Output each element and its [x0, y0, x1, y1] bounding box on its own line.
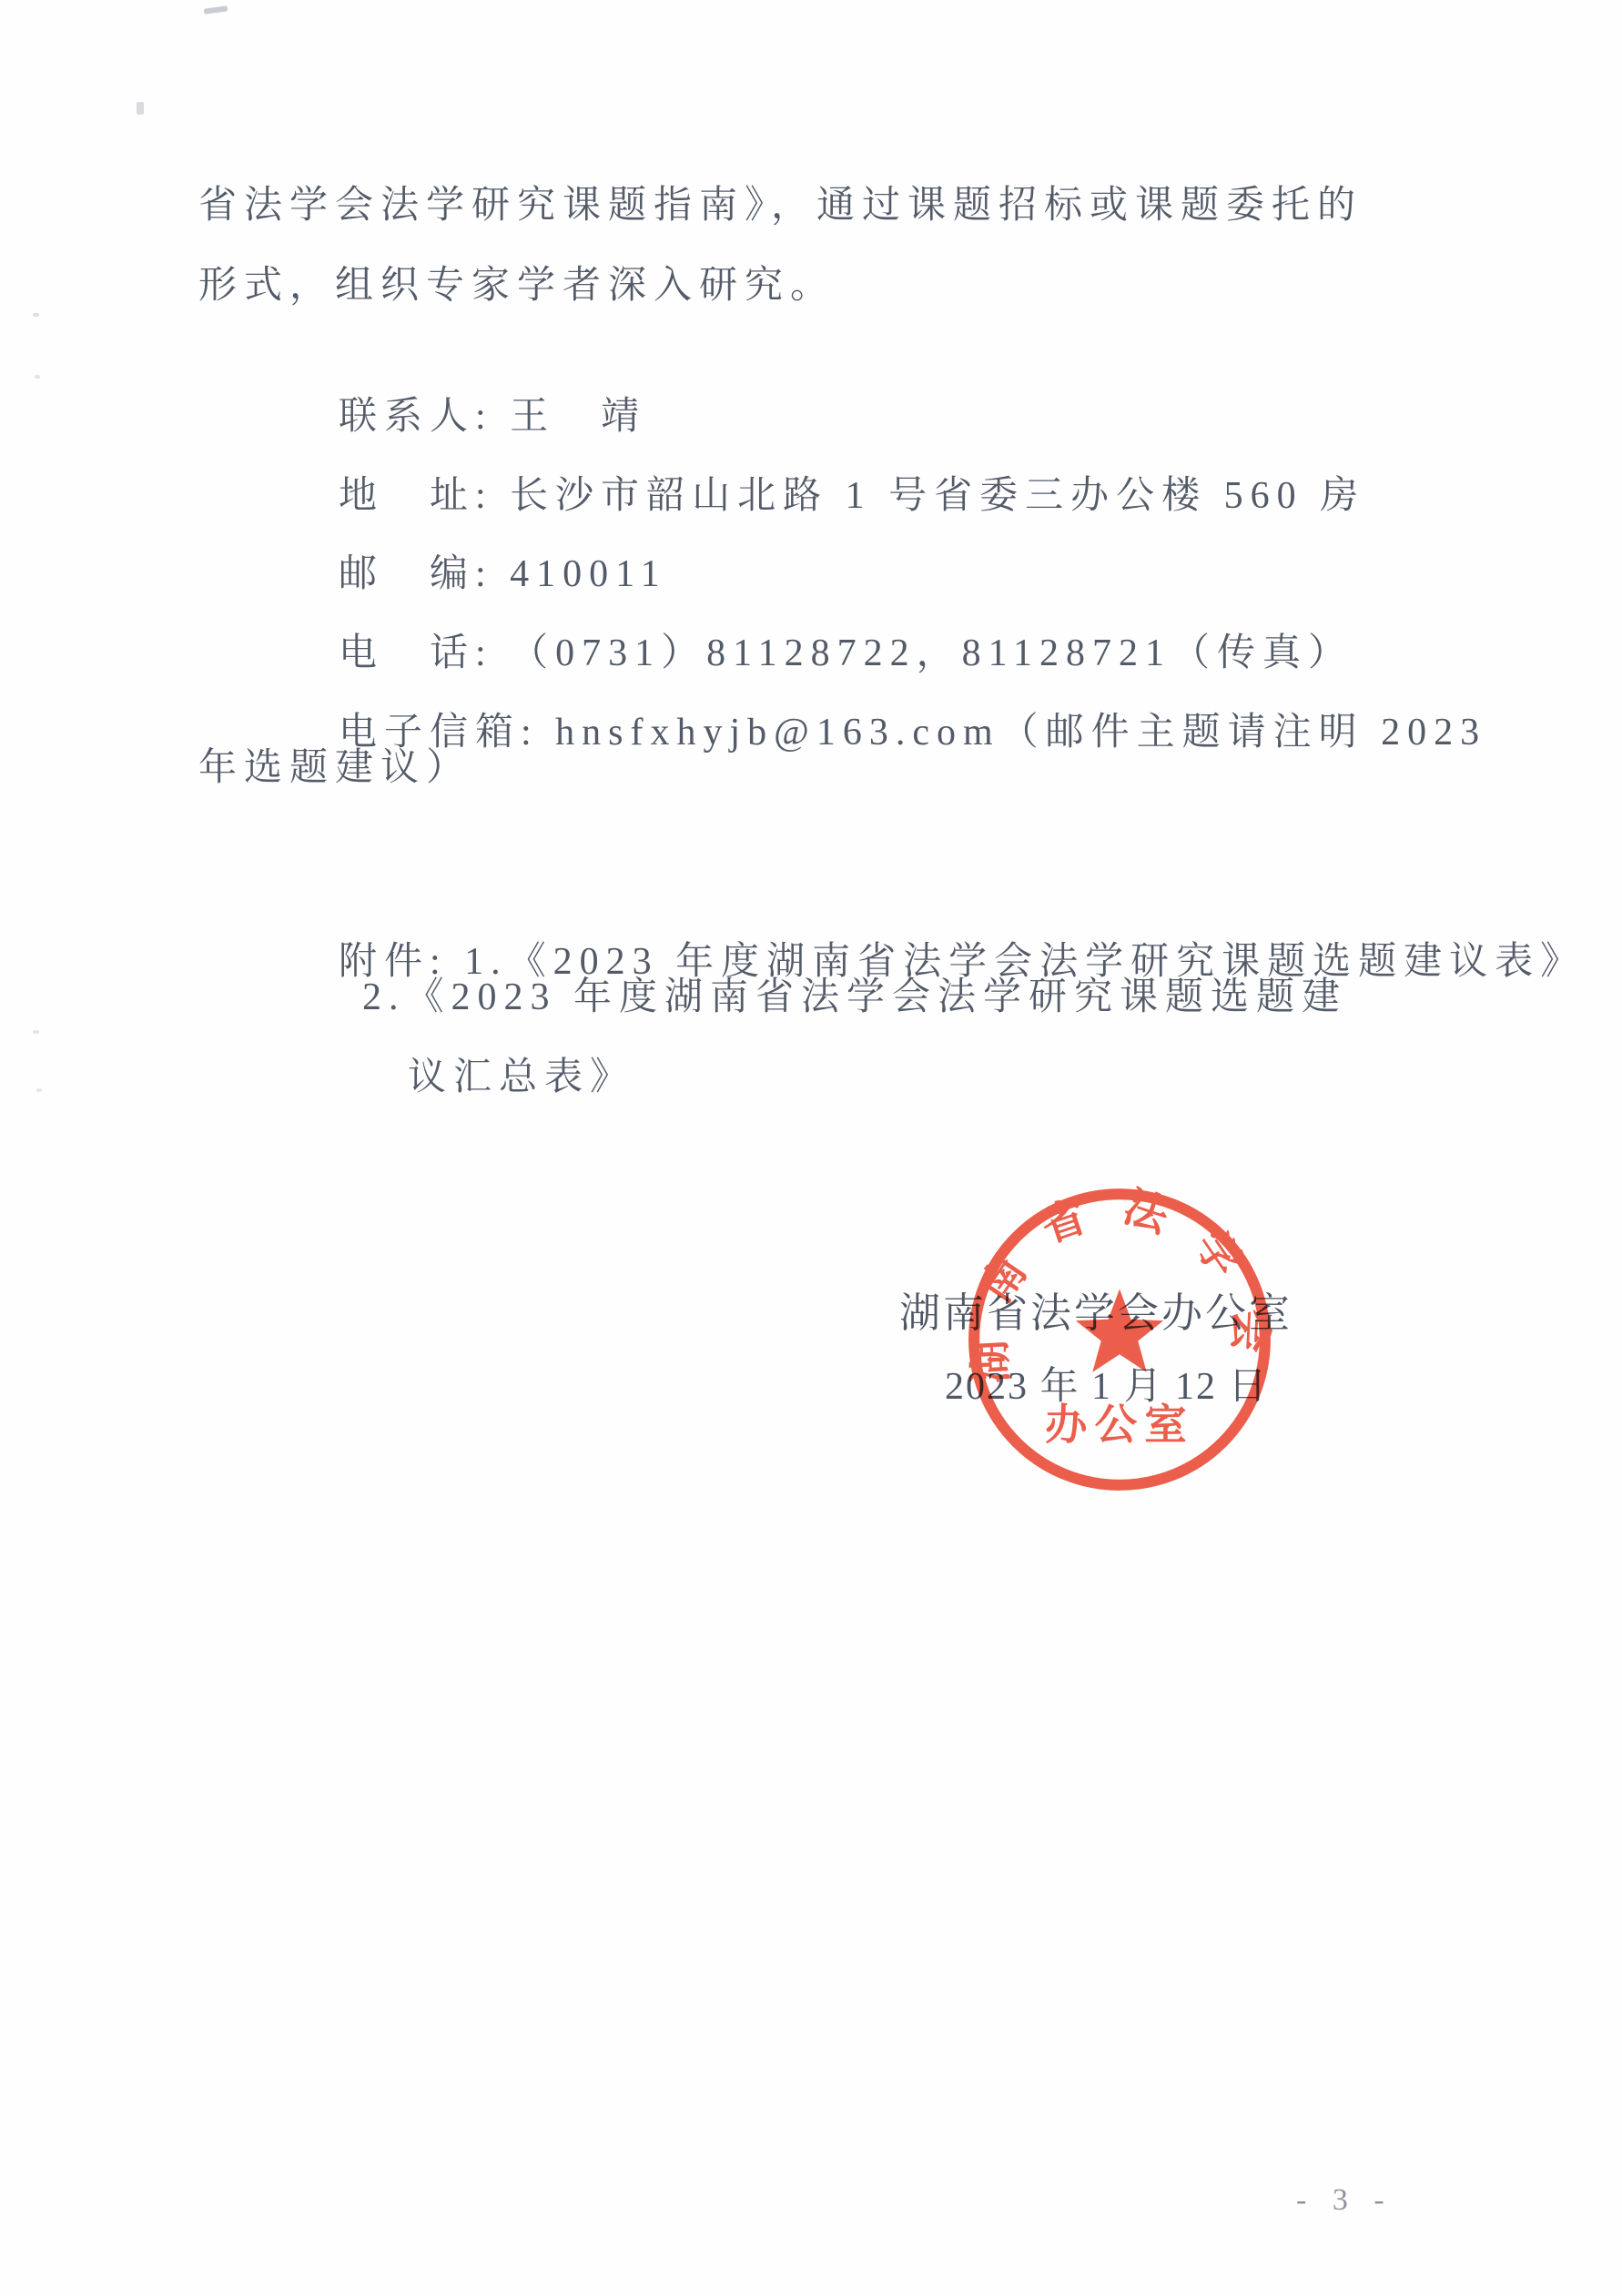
star-icon	[1076, 1289, 1163, 1372]
scan-artifact	[33, 313, 39, 317]
paragraph-line-2: 形式，组织专家学者深入研究。	[198, 264, 836, 308]
page-number: - 3 -	[1296, 2182, 1394, 2218]
scan-artifact	[36, 1088, 42, 1092]
contact-email-value: hnsfxhyjb@163.com（邮件主题请注明 2023	[555, 712, 1486, 754]
seal-arc-text: 湖南省法学会	[965, 1183, 1275, 1385]
attachment-item-2-line-2: 议汇总表》	[408, 1056, 635, 1099]
attachment-item-2-line-1: 2.《2023 年度湖南省法学会法学研究课题选题建	[362, 976, 1347, 1019]
scan-artifact	[137, 102, 144, 115]
document-page: 省法学会法学研究课题指南》，通过课题招标或课题委托的 形式，组织专家学者深入研究…	[0, 0, 1622, 2296]
scan-artifact	[204, 5, 228, 15]
paragraph-line-1: 省法学会法学研究课题指南》，通过课题招标或课题委托的	[198, 184, 1363, 228]
seal-bottom-text: 办公室	[1045, 1401, 1194, 1449]
contact-email-wrap-line: 年选题建议）	[198, 746, 471, 790]
scan-artifact	[33, 1030, 39, 1034]
scan-artifact	[35, 375, 40, 379]
official-seal: 湖南省法学会 办公室	[963, 1183, 1276, 1496]
